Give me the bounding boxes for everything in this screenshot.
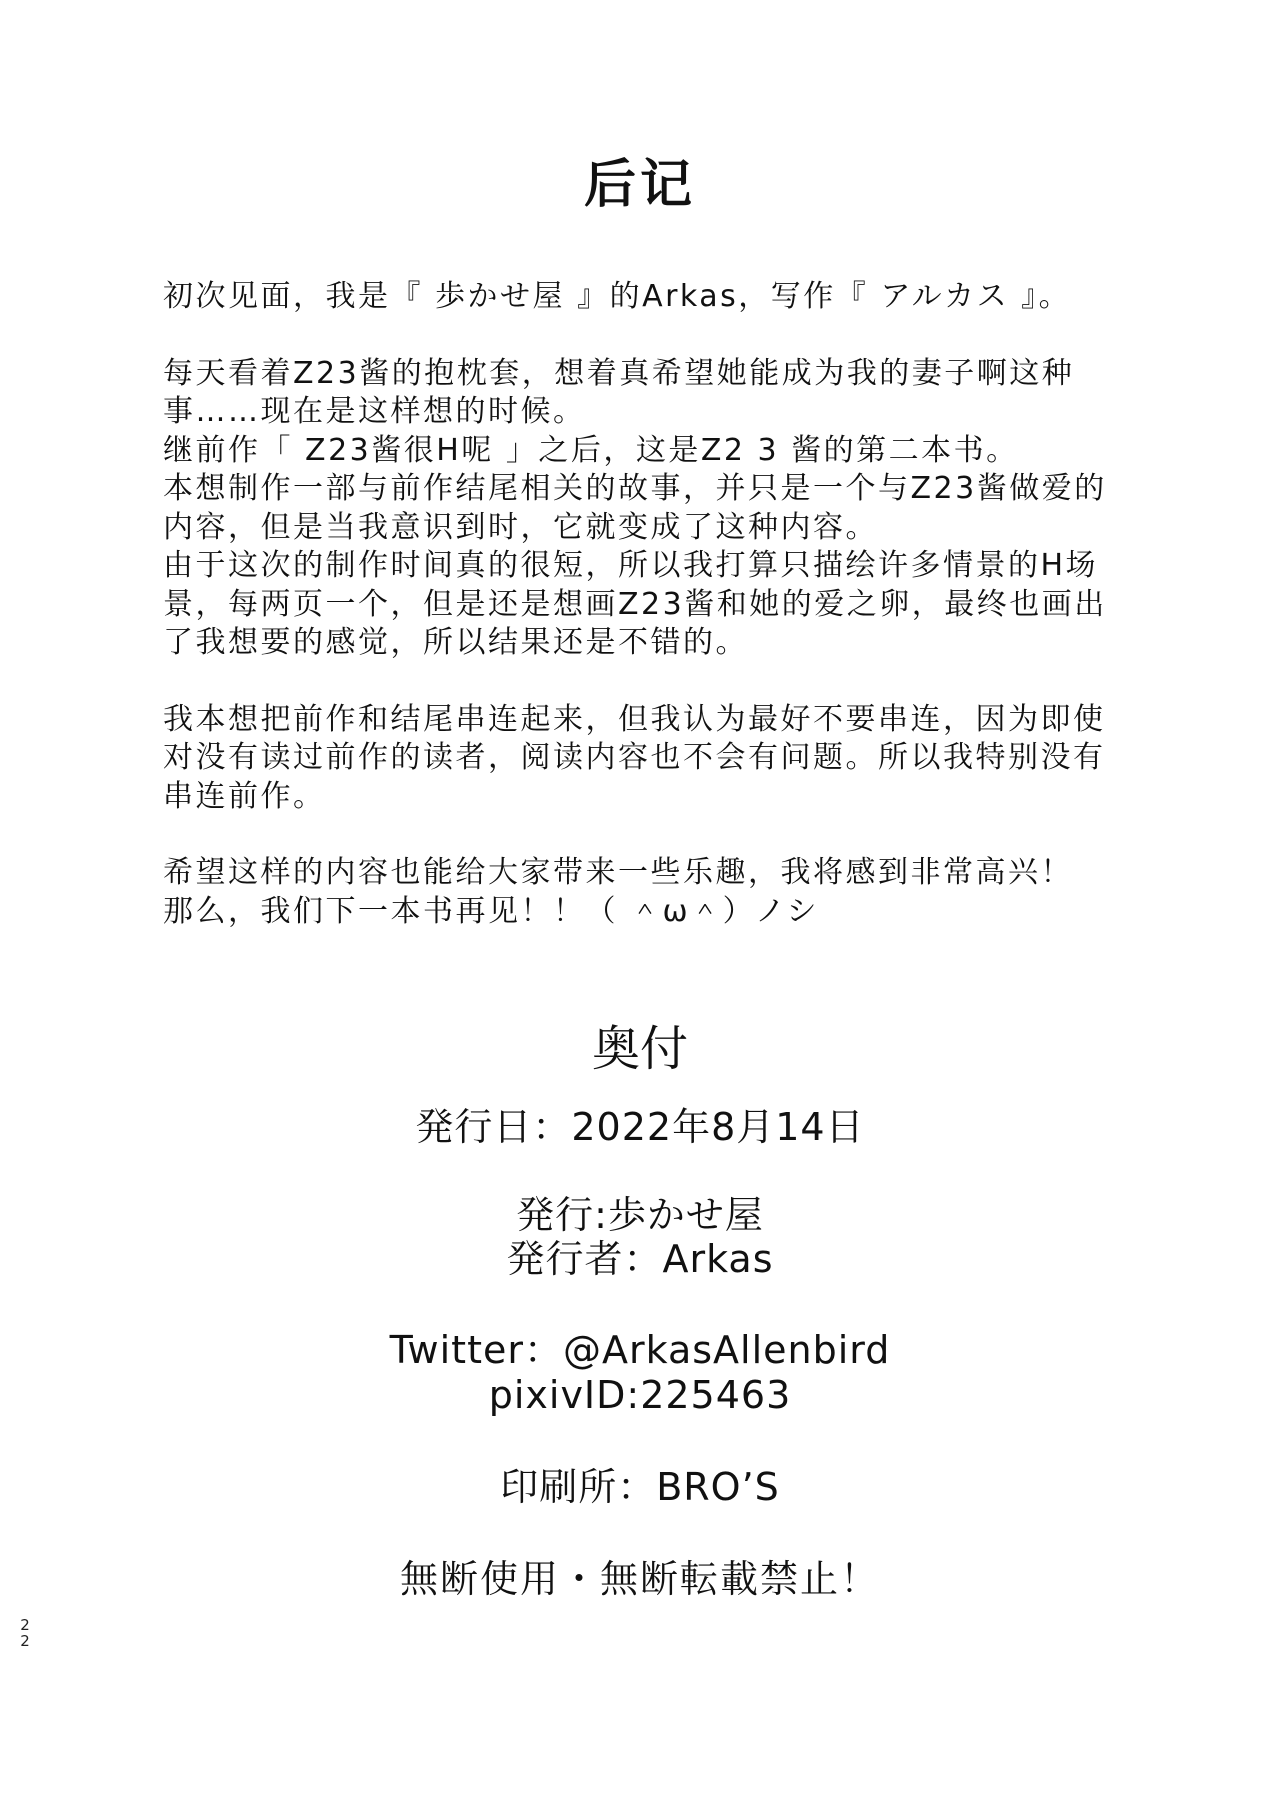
afterword-title: 后记 [0, 155, 1280, 215]
text-line: 那么，我们下一本书再见！！（ ＾ω＾）ノシ [163, 893, 1163, 932]
publisher: 発行:歩かせ屋 [0, 1192, 1280, 1238]
copyright-notice: 無断使用・無断転載禁止！ [0, 1556, 1280, 1602]
afterword-paragraph-3: 我本想把前作和结尾串连起来，但我认为最好不要串连，因为即使 对没有读过前作的读者… [163, 701, 1163, 817]
page-number-digit: 2 [17, 1617, 33, 1633]
afterword-paragraph-1: 初次见面，我是『 歩かせ屋 』的Arkas，写作『 アルカス 』。 [163, 278, 1163, 317]
text-line: 了我想要的感觉，所以结果还是不错的。 [163, 624, 1163, 663]
text-line: 对没有读过前作的读者，阅读内容也不会有问题。所以我特别没有 [163, 739, 1163, 778]
page-number: 2 2 [17, 1617, 33, 1649]
text-line: 每天看着Z23酱的抱枕套，想着真希望她能成为我的妻子啊这种 [163, 355, 1163, 394]
book-page: 后记 初次见面，我是『 歩かせ屋 』的Arkas，写作『 アルカス 』。 每天看… [0, 0, 1280, 1807]
text-line: 由于这次的制作时间真的很短，所以我打算只描绘许多情景的H场 [163, 547, 1163, 586]
printer: 印刷所：BRO’S [0, 1464, 1280, 1510]
pixiv-id: pixivID:225463 [0, 1372, 1280, 1418]
colophon-title: 奥付 [0, 1020, 1280, 1078]
author: 発行者：Arkas [0, 1236, 1280, 1282]
text-line: 内容，但是当我意识到时，它就变成了这种内容。 [163, 509, 1163, 548]
page-number-digit: 2 [17, 1633, 33, 1649]
text-line: 继前作「 Z23酱很H呢 」之后，这是Z2 3 酱的第二本书。 [163, 432, 1163, 471]
afterword-paragraph-2: 每天看着Z23酱的抱枕套，想着真希望她能成为我的妻子啊这种 事……现在是这样想的… [163, 355, 1163, 663]
text-line: 串连前作。 [163, 778, 1163, 817]
text-line: 事……现在是这样想的时候。 [163, 393, 1163, 432]
text-line: 希望这样的内容也能给大家带来一些乐趣，我将感到非常高兴！ [163, 854, 1163, 893]
text-line: 初次见面，我是『 歩かせ屋 』的Arkas，写作『 アルカス 』。 [163, 278, 1163, 317]
afterword-paragraph-4: 希望这样的内容也能给大家带来一些乐趣，我将感到非常高兴！ 那么，我们下一本书再见… [163, 854, 1163, 931]
twitter-handle: Twitter：@ArkasAllenbird [0, 1327, 1280, 1373]
afterword-body: 初次见面，我是『 歩かせ屋 』的Arkas，写作『 アルカス 』。 每天看着Z2… [163, 278, 1163, 969]
text-line: 本想制作一部与前作结尾相关的故事，并只是一个与Z23酱做爱的 [163, 470, 1163, 509]
text-line: 景，每两页一个，但是还是想画Z23酱和她的爱之卵，最终也画出 [163, 586, 1163, 625]
publish-date: 発行日：2022年8月14日 [0, 1104, 1280, 1150]
text-line: 我本想把前作和结尾串连起来，但我认为最好不要串连，因为即使 [163, 701, 1163, 740]
